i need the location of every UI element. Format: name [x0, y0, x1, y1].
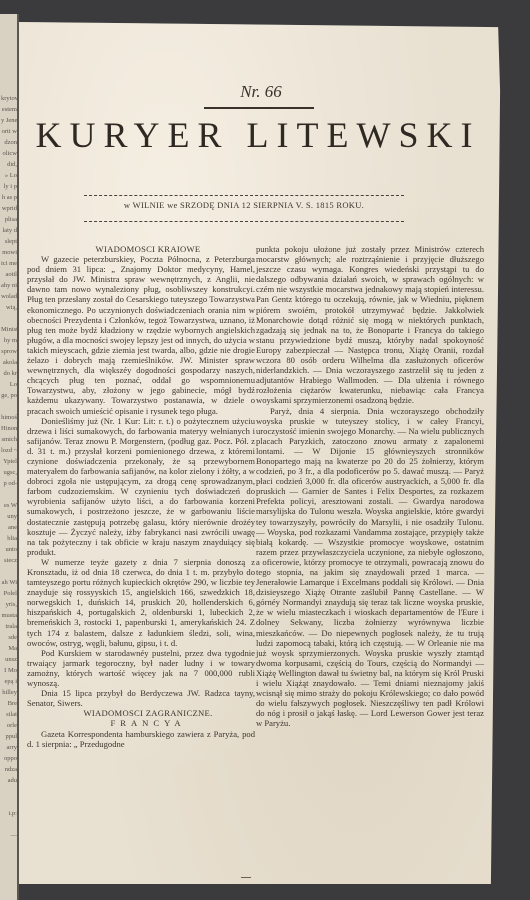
article-paragraph: Gazeta Korrespondenta hamburskiego zawie…: [27, 729, 255, 749]
adjacent-page-text-fragment: olicw: [1, 149, 17, 158]
country-heading: FRANCYA: [27, 718, 255, 728]
masthead: KURYER LITEWSKI: [33, 114, 483, 156]
adjacent-page-text-fragment: siecz: [1, 556, 17, 565]
adjacent-page-text-fragment: krytow: [1, 94, 17, 103]
article-paragraph: W gazecie peterzburskiey, Poczta Północn…: [27, 254, 255, 416]
adjacent-page-text-fragment: ly i p: [1, 182, 17, 191]
article-paragraph: Donieśliśmy już (Nr. 1 Kur: Lit: r. t.) …: [27, 416, 255, 557]
adjacent-page-text-fragment: trala: [1, 622, 17, 631]
adjacent-page-text-fragment: ah Wi: [1, 578, 17, 587]
adjacent-page-text-fragment: Ma: [1, 644, 17, 653]
adjacent-page-text-fragment: p od-: [1, 479, 17, 488]
adjacent-page-text-fragment: laty d: [1, 226, 17, 235]
adjacent-page-text-fragment: wią,: [1, 303, 17, 312]
adjacent-page-text-fragment: h as p: [1, 193, 17, 202]
adjacent-page-text-fragment: aotil: [1, 270, 17, 279]
adjacent-page-text-fragment: Polel: [1, 589, 17, 598]
section-heading-foreign: WIADOMOSCI ZAGRANICZNE.: [27, 708, 255, 718]
adjacent-page-text-fragment: smich: [1, 435, 17, 444]
adjacent-page-text-fragment: estem: [1, 105, 17, 114]
adjacent-page-text-fragment: Lo: [1, 380, 17, 389]
adjacent-page-text-fragment: did,: [1, 160, 17, 169]
adjacent-page-text-fragment: Hinon: [1, 424, 17, 433]
adjacent-page-text-fragment: Bre: [1, 699, 17, 708]
adjacent-page-text-fragment: adu: [1, 776, 17, 785]
adjacent-page-text-fragment: himoś: [1, 413, 17, 422]
article-paragraph: Paryż, dnia 4 sierpnia. Dnia wczorayszeg…: [256, 406, 484, 729]
dateline: w WILNIE we SRZODĘ DNIA 12 SIERPNIA V. S…: [19, 200, 469, 210]
adjacent-page-text-fragment: hy m: [1, 336, 17, 345]
adjacent-page-text-fragment: sprow: [1, 347, 17, 356]
adjacent-page-text-fragment: orti w: [1, 127, 17, 136]
adjacent-page-edge: krytowestemy Jenerorti wdzonolicwdid,» L…: [0, 14, 19, 900]
adjacent-page-text-fragment: unto: [1, 545, 17, 554]
adjacent-page-text-fragment: wprid: [1, 204, 17, 213]
adjacent-page-text-fragment: ndza: [1, 765, 17, 774]
adjacent-page-text-fragment: es W: [1, 501, 17, 510]
footer-dash: [241, 877, 251, 878]
article-paragraph: punkta pokoju ułożone już zostały przez …: [256, 244, 484, 406]
dateline-rule-bottom: [84, 221, 404, 222]
adjacent-page-text-fragment: epą i: [1, 677, 17, 686]
adjacent-page-text-fragment: arry: [1, 743, 17, 752]
adjacent-page-text-fragment: ugsc,: [1, 468, 17, 477]
adjacent-page-text-fragment: ge, po: [1, 391, 17, 400]
adjacent-page-text-fragment: I Mo: [1, 666, 17, 675]
adjacent-page-text-fragment: wolad: [1, 292, 17, 301]
adjacent-page-text-fragment: yris,: [1, 600, 17, 609]
adjacent-page-text-fragment: dzon: [1, 138, 17, 147]
adjacent-page-text-fragment: akola: [1, 358, 17, 367]
issue-number-rule: [204, 107, 314, 109]
adjacent-page-text-fragment: ahy ni: [1, 281, 17, 290]
article-paragraph: Pod Kurskiem w starodawnéy pustelni, prz…: [27, 648, 255, 688]
adjacent-page-text-fragment: musta: [1, 611, 17, 620]
adjacent-page-text-fragment: slept: [1, 237, 17, 246]
adjacent-page-text-fragment: ane: [1, 523, 17, 532]
adjacent-page-text-fragment: blia: [1, 534, 17, 543]
right-column: punkta pokoju ułożone już zostały przez …: [256, 244, 484, 729]
adjacent-page-text-fragment: y Jener: [1, 116, 17, 125]
adjacent-page-text-fragment: —: [1, 831, 17, 840]
adjacent-page-text-fragment: hilley: [1, 688, 17, 697]
newspaper-page: Nr. 66 KURYER LITEWSKI w WILNIE we SRZOD…: [19, 22, 503, 884]
adjacent-page-text-fragment: Ypiel: [1, 457, 17, 466]
article-paragraph: W numerze teyże gazety z dnia 7 sierpnia…: [27, 557, 255, 648]
left-column: WIADOMOSCI KRAIOWE W gazecie peterzbursk…: [27, 244, 255, 749]
adjacent-page-text-fragment: lozd ~: [1, 446, 17, 455]
adjacent-page-text-fragment: unsz: [1, 655, 17, 664]
adjacent-page-text-fragment: mowi: [1, 248, 17, 257]
section-heading-domestic: WIADOMOSCI KRAIOWE: [27, 244, 255, 254]
adjacent-page-text-fragment: ppul: [1, 732, 17, 741]
adjacent-page-text-fragment: i.p:: [1, 809, 17, 818]
adjacent-page-text-fragment: Minist: [1, 325, 17, 334]
dateline-rule-top: [84, 195, 404, 196]
adjacent-page-text-fragment: do kr: [1, 369, 17, 378]
article-paragraph: Dnia 15 lipca przybył do Berdyczewa JW. …: [27, 688, 255, 708]
adjacent-page-text-fragment: sde: [1, 633, 17, 642]
adjacent-page-text-fragment: oppo: [1, 754, 17, 763]
adjacent-page-text-fragment: plisa: [1, 215, 17, 224]
adjacent-page-text-fragment: » Lo: [1, 171, 17, 180]
adjacent-page-text-fragment: silat: [1, 710, 17, 719]
adjacent-page-text-fragment: orle: [1, 721, 17, 730]
adjacent-page-text-fragment: uny: [1, 512, 17, 521]
issue-number: Nr. 66: [19, 82, 503, 102]
adjacent-page-text-fragment: ici me: [1, 259, 17, 268]
